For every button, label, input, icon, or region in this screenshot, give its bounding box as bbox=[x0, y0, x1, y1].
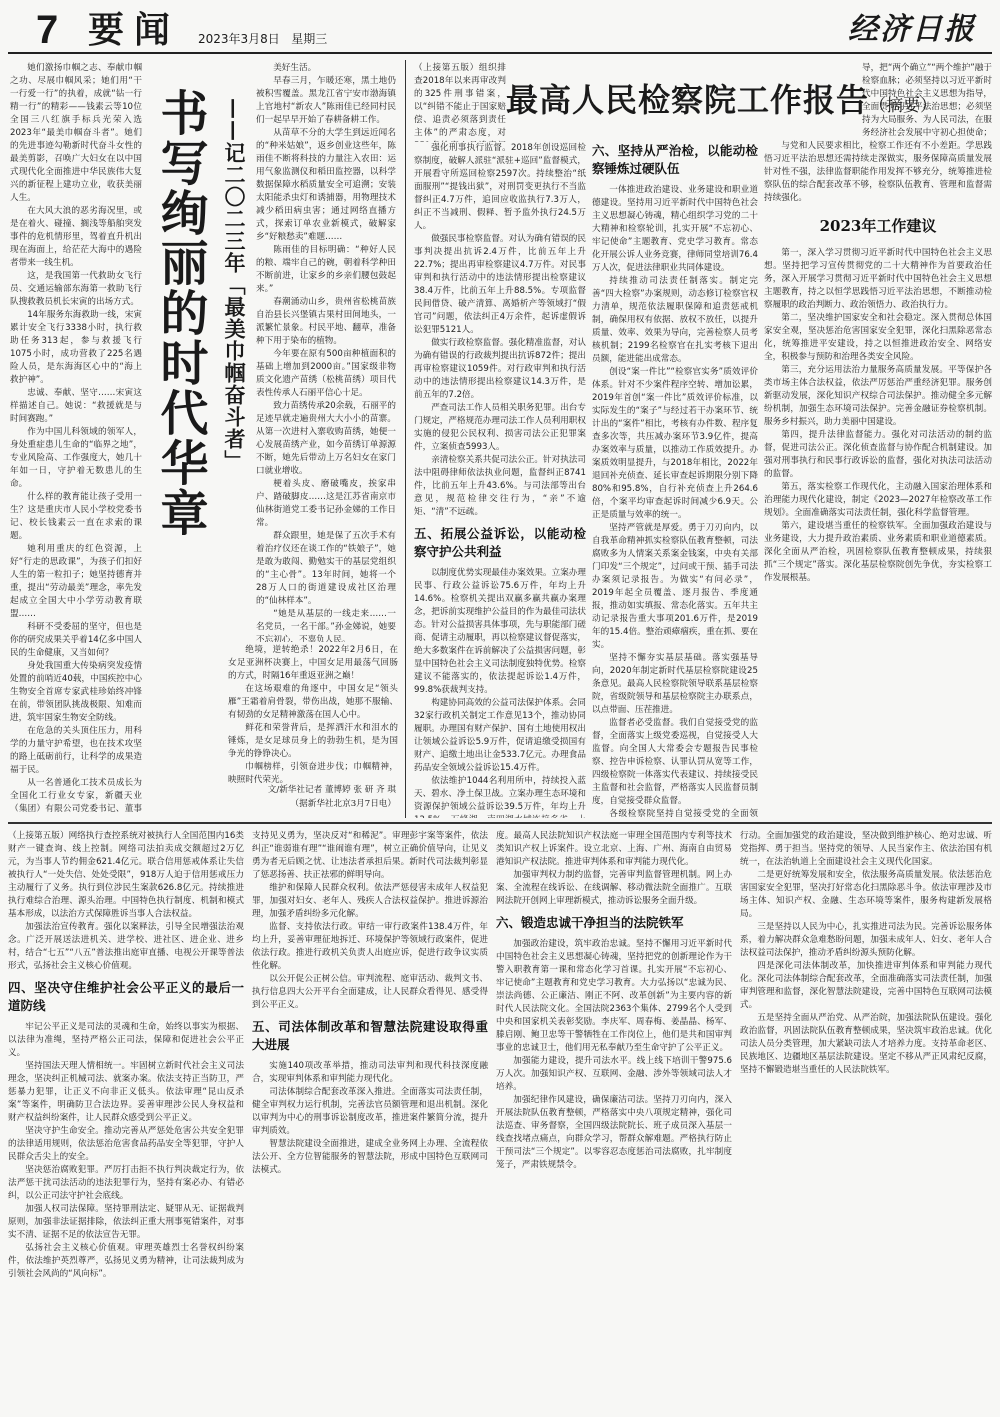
paragraph: 弘扬社会主义核心价值观。审理英雄烈士名誉权纠纷案件，依法维护英烈尊严，弘扬见义勇… bbox=[8, 1242, 244, 1281]
paragraph: 加强法治宣传教育。强化以案释法，引导全民增强法治观念。广泛开展送法进机关、进学校… bbox=[8, 921, 244, 973]
section-heading: 五、拓展公益诉讼，以能动检察守护公共利益 bbox=[414, 525, 586, 561]
section-heading: 四、坚决守住维护社会公平正义的最后一道防线 bbox=[8, 979, 244, 1015]
feature-column-2: 美好生活。 早春三月，乍暖还寒，黑土地仍被积雪覆盖。黑龙江省宁安市渤海镇上官地村… bbox=[256, 62, 396, 642]
paragraph: 智慧法院建设全面推进，建成全业务网上办理、全流程依法公开、全方位智能服务的智慧法… bbox=[252, 1138, 488, 1177]
paragraph: 依法维护1044名利用所申，持续投入蓝天、碧水、净土保卫战。立案办理生态环境和资… bbox=[414, 775, 586, 818]
paragraph: 从苗草不分的大学生到远近闻名的“种米姑娘”，返乡创业这些年，陈雨佳不断将科技的力… bbox=[256, 127, 396, 244]
paragraph: 导，把“两个确立”“两个维护”融于检察血脉；必须坚持以习近平新时代中国特色社会主… bbox=[862, 62, 992, 140]
paragraph: 第三，充分运用法治力量服务高质量发展。平等保护各类市场主体合法权益，依法严厉惩治… bbox=[764, 364, 992, 429]
paragraph: 春潮涌动山乡，贵州省松桃苗族自治县长兴堡镇古果村田间地头，一派繁忙景象。村民平地… bbox=[256, 296, 396, 348]
paragraph: 以公开促公正树公信。审判流程、庭审活动、裁判文书、执行信息四大公开平台全面建成，… bbox=[252, 973, 488, 1012]
paragraph: 支持见义勇为，坚决反对“和稀泥”。审理彭宇案等案件，依法纠正“谁弱谁有理”“谁闹… bbox=[252, 830, 488, 882]
paragraph: 做实行政检察监督。强化精准监督，对认为确有错误的行政裁判提出抗诉872件；提出再… bbox=[414, 337, 586, 402]
feature-column-1: 她们激扬巾帼之志、奉献巾帼之功、尽展巾帼风采；她们用“干一行爱一行”的执着，成就… bbox=[10, 62, 142, 814]
report-column-3: 与党和人民要求相比，检察工作还有不小差距。学思践悟习近平法治思想还需持续走深做实… bbox=[764, 140, 992, 818]
paragraph: 身处我国重大传染病突发疫情处置的前哨近40载，中国疾控中心生物安全首席专家武桂珍… bbox=[10, 660, 142, 725]
court-column-4: 行动。全面加强党的政治建设，坚决做到维护核心、绝对忠诚、听党指挥、勇于担当。坚持… bbox=[740, 830, 992, 1410]
paragraph: 坚决惩治腐败犯罪。严厉打击拒不执行判决裁定行为，依法严惩干扰司法活动的违法犯罪行… bbox=[8, 1164, 244, 1203]
paragraph: 度。最高人民法院知识产权法庭一审理全国范围内专利等技术类知识产权上诉案件。设立北… bbox=[496, 830, 732, 869]
paragraph: 严查司法工作人员相关职务犯罪。出台专门规定，严格规范办理司法工作人员利用职权实施… bbox=[414, 402, 586, 454]
masthead-rule bbox=[8, 52, 992, 54]
paragraph: 亲清检察关系共促司法公正。针对执法司法中阻碍律师依法执业问题，监督纠正8741件… bbox=[414, 454, 586, 519]
paragraph: 绝境，逆转绝杀！2022年2月6日，在女足亚洲杯决赛上，中国女足用最荡气回肠的方… bbox=[228, 644, 398, 683]
paragraph: 早春三月，乍暖还寒，黑土地仍被积雪覆盖。黑龙江省宁安市渤海镇上官地村“新农人”陈… bbox=[256, 75, 396, 127]
paragraph: 二是更好统筹发展和安全，依法服务高质量发展。依法惩治危害国家安全犯罪，坚决打好常… bbox=[740, 869, 992, 921]
paragraph: 加强能力建设，提升司法水平。线上线下培训干警975.6万人次。加强知识产权、互联… bbox=[496, 1055, 732, 1094]
paragraph: 加强纪律作风建设，确保廉洁司法。坚持刀刃向内，深入开展法院队伍教育整顿，严格落实… bbox=[496, 1094, 732, 1172]
paragraph: 忠诚、奉献、坚守……宋寅这样描述自己。她说：“救援就是与时间赛跑。” bbox=[10, 387, 142, 426]
dateline: （据新华社北京3月7日电） bbox=[200, 798, 396, 811]
paragraph: 五是坚持全面从严治党、从严治院，加强法院队伍建设。强化政治监督，巩固法院队伍教育… bbox=[740, 1012, 992, 1077]
paragraph: 加强人权司法保障。坚持罪刑法定、疑罪从无、证据裁判原则，加强非法证据排除，依法纠… bbox=[8, 1203, 244, 1242]
paragraph: 群众跟里，她是保了五次手术有着治疗仪还在谈工作的“铁娘子”，她是敢为敢闯、勤勉实… bbox=[256, 530, 396, 608]
section-heading: 六、坚持从严治检，以能动检察锤炼过硬队伍 bbox=[592, 142, 758, 178]
paragraph: 坚持不懈夯实基层基础。落实强基导向，2020年制定新时代基层检察院建设25条意见… bbox=[592, 652, 758, 717]
report-column-3-top: 导，把“两个确立”“两个维护”融于检察血脉；必须坚持以习近平新时代中国特色社会主… bbox=[862, 62, 992, 140]
paragraph: 梗着头皮、磨破嘴皮，挨家串户、踏破脚皮……这是江苏省南京市仙林街道党工委书记孙金… bbox=[256, 478, 396, 530]
paragraph: 从一名普通化工技术员成长为全国化工行业女专家，新疆天业（集团）有限公司党委书记、… bbox=[10, 777, 142, 814]
court-column-1: （上接第五版）网络执行查控系统对被执行人全国范围内16类财产一键查询、线上控制。… bbox=[8, 830, 244, 1410]
report-column-1-top: （上接第五版）组织排查2018年以来再审改判的325件刑事错案，以“纠错不能止于… bbox=[414, 62, 506, 142]
paragraph: 第五，落实检察工作现代化，主动融入国家治理体系和治理能力现代化建设，制定《202… bbox=[764, 481, 992, 520]
paragraph: 牢记公平正义是司法的灵魂和生命，始终以事实为根据、以法律为准绳，坚持严格公正司法… bbox=[8, 1021, 244, 1060]
paragraph: 第四，提升法律监督能力。强化对司法活动的制约监督，促进司法公正。深化侦查监督与协… bbox=[764, 429, 992, 481]
paragraph: 第二，坚决维护国家安全和社会稳定。深入贯彻总体国家安全观，坚决惩治危害国家安全犯… bbox=[764, 312, 992, 364]
paragraph: 科研不受委屈的坚守，但也是你的研究成果关乎着14亿多中国人民的生命健康，又当如何… bbox=[10, 621, 142, 660]
paragraph: 强化刑事执行监督。2018年创设巡回检察制度，破解人派驻“派驻+巡回”监督模式，… bbox=[414, 142, 586, 233]
publication-date: 2023年3月8日 星期三 bbox=[198, 32, 327, 46]
paragraph: 与党和人民要求相比，检察工作还有不小差距。学思践悟习近平法治思想还需持续走深做实… bbox=[764, 140, 992, 205]
paragraph: 持续推动司法责任制落实。制定完善“四大检察”办案规则，动态修订检察官权力清单，规… bbox=[592, 275, 758, 366]
paragraph: 今年要在原有500亩种植面积的基础上增加到2000亩。”国家级非物质文化遗产苗绣… bbox=[256, 348, 396, 400]
section-heading: 五、司法体制改革和智慧法院建设取得重大进展 bbox=[252, 1018, 488, 1054]
report-column-2: 六、坚持从严治检，以能动检察锤炼过硬队伍 一体推进政治建设、业务建设和职业道德建… bbox=[592, 136, 758, 818]
weekday: 星期三 bbox=[291, 32, 327, 46]
paragraph: 一体推进政治建设、业务建设和职业道德建设。坚持用习近平新时代中国特色社会主义思想… bbox=[592, 184, 758, 275]
report-title: 最高人民检察院工作报告 bbox=[506, 81, 869, 119]
paragraph: 14年服务东海救助一线，宋寅累计安全飞行3338小时，执行救助任务313起，参与… bbox=[10, 309, 142, 387]
paragraph: 维护和保障人民群众权利。依法严惩侵害未成年人权益犯罪，加强对妇女、老年人、残疾人… bbox=[252, 882, 488, 921]
court-column-2: 支持见义勇为，坚决反对“和稀泥”。审理彭宇案等案件，依法纠正“谁弱谁有理”“谁闹… bbox=[252, 830, 488, 1410]
paragraph: 作为中国儿科领域的领军人，身处重症患儿生命的“临界之地”，专业风险高、工作强度大… bbox=[10, 426, 142, 491]
paragraph: 加强政治建设，筑牢政治忠诚。坚持不懈用习近平新时代中国特色社会主义思想凝心铸魂，… bbox=[496, 938, 732, 1055]
section-name: 要闻 bbox=[88, 10, 180, 50]
report-column-1: 强化刑事执行监督。2018年创设巡回检察制度，破解人派驻“派驻+巡回”监督模式，… bbox=[414, 142, 586, 818]
paragraph: 行动。全面加强党的政治建设，坚决做到维护核心、绝对忠诚、听党指挥、勇于担当。坚持… bbox=[740, 830, 992, 869]
section-heading: 六、锻造忠诚干净担当的法院铁军 bbox=[496, 914, 732, 932]
paragraph: 加强审判权力制约监督，完善审判监督管理机制。网上办案、全流程在线诉讼、在线调解、… bbox=[496, 869, 732, 908]
feature-subheadline: ——记二〇二三年「最美巾帼奋斗者」 bbox=[216, 98, 248, 472]
paragraph: 监督者必受监督。我们自觉接受党的监督，全面落实上级党委巡视，自觉接受人大监督。向… bbox=[592, 717, 758, 808]
paragraph: （上接第五版）组织排查2018年以来再审改判的325件刑事错案，以“纠错不能止于… bbox=[414, 62, 506, 142]
paragraph: 三是坚持以人民为中心，扎实推进司法为民。完善诉讼服务体系，着力解决群众急难愁盼问… bbox=[740, 921, 992, 960]
court-column-3: 度。最高人民法院知识产权法庭一审理全国范围内专利等技术类知识产权上诉案件。设立北… bbox=[496, 830, 732, 1410]
paragraph: 在大风大浪的恶劣海况里，或是在着火、碰撞、搁浅等船舶突发事件的危机情形里，驾着直… bbox=[10, 205, 142, 270]
paragraph: 在这场艰难的角逐中，中国女足“领头雁”王霜着肩骨裂，带伤出战，她那不服输、有韧劲… bbox=[228, 683, 398, 722]
paragraph: “她是从基层的一线走来……一名党员，一名干部。”孙金娣说，她要不忘初心，不辜负人… bbox=[256, 608, 396, 642]
paragraph: 做强民事检察监督。对认为确有错误的民事判决提出抗诉2.4万件，比前五年上升22.… bbox=[414, 233, 586, 337]
paragraph: 坚决守护生命安全。推动完善从严惩处危害公共安全犯罪的法律适用规则，依法惩治危害食… bbox=[8, 1125, 244, 1164]
paragraph: 监督、支持依法行政。审结一审行政案件138.4万件，年均上升，妥善审理征地拆迁、… bbox=[252, 921, 488, 973]
section-heading: 2023年工作建议 bbox=[764, 213, 992, 239]
page-number: 7 bbox=[36, 10, 58, 50]
paragraph: 她们激扬巾帼之志、奉献巾帼之功、尽展巾帼风采；她们用“干一行爱一行”的执着，成就… bbox=[10, 62, 142, 205]
paragraph: 陈雨佳的目标明确：“种好人民的粮、端牢自己的碗，朝着科学种田不断前进，让家乡的乡… bbox=[256, 244, 396, 296]
paragraph: 致力苗绣传承20余载，石丽平的足迹早就走遍贵州大大小小的苗寨。从第一次进村入寨收… bbox=[256, 400, 396, 478]
paragraph: 坚持严管就是厚爱。勇于刀刃向内，以自我革命精神抓实检察队伍教育整顿，司法腐败多为… bbox=[592, 522, 758, 652]
masthead: 7 要闻 2023年3月8日 星期三 经济日报 bbox=[0, 0, 1000, 56]
paragraph: 她利用重庆的红色资源，上好“行走的思政课”，为孩子们扣好人生的第一粒扣子；她坚持… bbox=[10, 543, 142, 621]
paragraph: 美好生活。 bbox=[256, 62, 396, 75]
byline: 文/新华社记者 董博婷 张 研 齐 琪 bbox=[200, 784, 396, 797]
date: 2023年3月8日 bbox=[198, 32, 280, 46]
feature-headline: 书写绚丽的时代华章 bbox=[148, 88, 208, 538]
paragraph: 构建协同高效的公益司法保护体系。会同32家行政机关制定工作意见13个，推动协同履… bbox=[414, 697, 586, 775]
paragraph: 创设“案一件比”“检察官实务”质效评价体系。针对不少案件程序空转、增加讼累，20… bbox=[592, 366, 758, 522]
paragraph: 以制度优势实现最佳办案效果。立案办理民事、行政公益诉讼75.6万件，年均上升14… bbox=[414, 567, 586, 697]
feature-column-2-wide: 绝境，逆转绝杀！2022年2月6日，在女足亚洲杯决赛上，中国女足用最荡气回肠的方… bbox=[228, 644, 398, 794]
paragraph: 四是深化司法体制改革，加快推进审判体系和审判能力现代化。深化司法体制综合配套改革… bbox=[740, 960, 992, 1012]
paragraph: 在危急的关头顶住压力，用科学的力量守护希望，也在技术攻坚的路上砥砺前行，让科学的… bbox=[10, 725, 142, 777]
paragraph: 各级检察院坚持自觉接受党的全面领导，依法独立公正行使检察权，勇于接受外部监督。向… bbox=[592, 808, 758, 818]
paragraph: 第一，深入学习贯彻习近平新时代中国特色社会主义思想。坚持把学习宣传贯彻党的二十大… bbox=[764, 247, 992, 312]
paragraph: 什么样的教育能让孩子受用一生？这是重庆市人民小学校党委书记、校长钱素云一直在求索… bbox=[10, 491, 142, 543]
paragraph: 鲜花和荣誉背后，是挥洒汗水和泪水的锤炼，是女足球员身上的勃勃生机，是为国争光的铮… bbox=[228, 722, 398, 761]
paragraph: 实施140项改革举措，推动司法审判和现代科技深度融合，实现审判体系和审判能力现代… bbox=[252, 1060, 488, 1086]
paragraph: 坚持国法天理人情相统一。牢固树立新时代社会主义司法理念，坚决纠正机械司法、就案办… bbox=[8, 1060, 244, 1125]
newspaper-logo: 经济日报 bbox=[848, 10, 976, 50]
section-divider bbox=[8, 822, 992, 824]
paragraph: 司法体制综合配套改革深入推进。全面落实司法责任制，健全审判权力运行机制，完善法官… bbox=[252, 1086, 488, 1138]
paragraph: 第六，建设堪当重任的检察铁军。全面加强政治建设与业务建设，大力提升政治素质、业务… bbox=[764, 520, 992, 585]
paragraph: （上接第五版）网络执行查控系统对被执行人全国范围内16类财产一键查询、线上控制。… bbox=[8, 830, 244, 921]
paragraph: 这，是我国第一代救助女飞行员、交通运输部东海第一救助飞行队搜救教员机长宋寅的出场… bbox=[10, 270, 142, 309]
